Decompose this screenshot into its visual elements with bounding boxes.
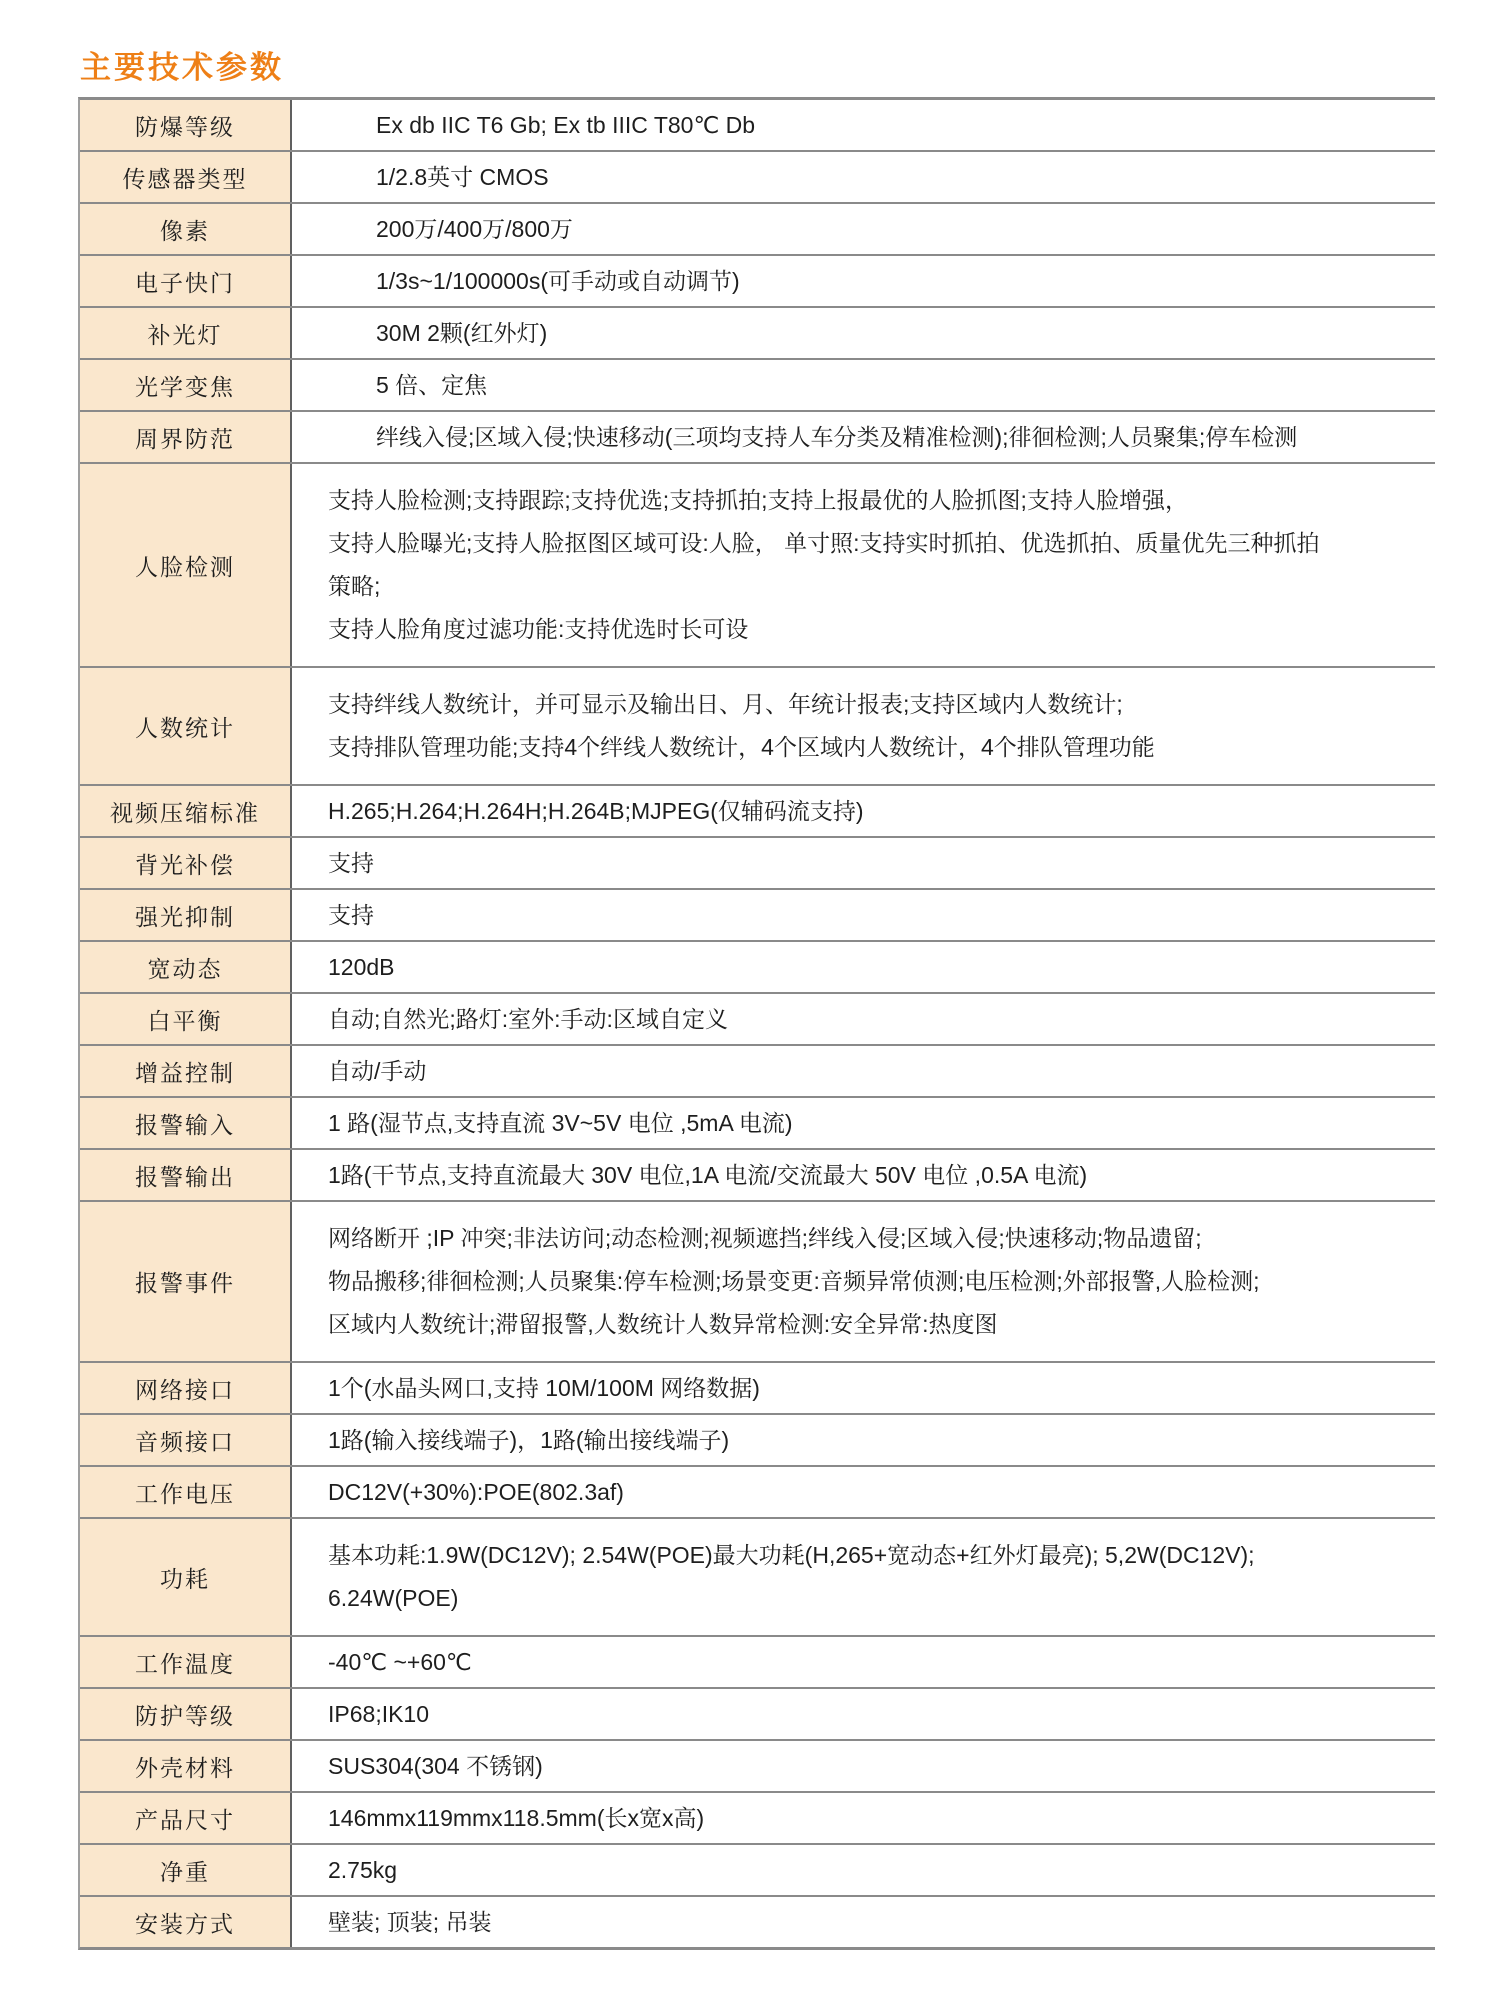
spec-value-line: 支持排队管理功能;支持4个绊线人数统计，4个区域内人数统计，4个排队管理功能 [328, 726, 1415, 769]
spec-label: 外壳材料 [80, 1741, 292, 1791]
spec-value: 146mmx119mmx118.5mm(长x宽x高) [292, 1793, 1435, 1843]
spec-label: 宽动态 [80, 942, 292, 992]
spec-value: 2.75kg [292, 1845, 1435, 1895]
spec-row: 外壳材料SUS304(304 不锈钢) [80, 1741, 1435, 1793]
spec-value-line: 1路(干节点,支持直流最大 30V 电位,1A 电流/交流最大 50V 电位 ,… [328, 1158, 1415, 1193]
spec-row: 净重2.75kg [80, 1845, 1435, 1897]
page-title: 主要技术参数 [80, 42, 284, 87]
spec-value: IP68;IK10 [292, 1689, 1435, 1739]
spec-value: 1路(干节点,支持直流最大 30V 电位,1A 电流/交流最大 50V 电位 ,… [292, 1150, 1435, 1200]
spec-value: -40℃ ~+60℃ [292, 1637, 1435, 1687]
spec-label: 报警输出 [80, 1150, 292, 1200]
spec-value-line: Ex db IIC T6 Gb; Ex tb IIIC T80℃ Db [376, 108, 1415, 143]
spec-value: 自动;自然光;路灯:室外:手动:区域自定义 [292, 994, 1435, 1044]
spec-value-line: 1路(输入接线端子)，1路(输出接线端子) [328, 1423, 1415, 1458]
spec-row: 人脸检测支持人脸检测;支持跟踪;支持优选;支持抓拍;支持上报最优的人脸抓图;支持… [80, 464, 1435, 668]
spec-value-line: 支持 [328, 898, 1415, 933]
spec-value: 1 路(湿节点,支持直流 3V~5V 电位 ,5mA 电流) [292, 1098, 1435, 1148]
spec-label: 工作温度 [80, 1637, 292, 1687]
spec-value-line: 1/3s~1/100000s(可手动或自动调节) [376, 264, 1415, 299]
spec-label: 传感器类型 [80, 152, 292, 202]
spec-value-line: 壁装; 顶装; 吊装 [328, 1905, 1415, 1940]
spec-value-line: 网络断开 ;IP 冲突;非法访问;动态检测;视频遮挡;绊线入侵;区域入侵;快速移… [328, 1217, 1415, 1260]
spec-value: 30M 2颗(红外灯) [292, 308, 1435, 358]
spec-row: 像素200万/400万/800万 [80, 204, 1435, 256]
spec-value-line: 120dB [328, 950, 1415, 985]
spec-table: 防爆等级Ex db IIC T6 Gb; Ex tb IIIC T80℃ Db传… [78, 97, 1435, 1950]
spec-value-line: 5 倍、定焦 [376, 368, 1415, 403]
spec-value: 支持 [292, 890, 1435, 940]
spec-label: 净重 [80, 1845, 292, 1895]
spec-value: 1路(输入接线端子)，1路(输出接线端子) [292, 1415, 1435, 1465]
spec-value: SUS304(304 不锈钢) [292, 1741, 1435, 1791]
spec-value: 自动/手动 [292, 1046, 1435, 1096]
spec-row: 工作电压DC12V(+30%):POE(802.3af) [80, 1467, 1435, 1519]
spec-value-line: 支持人脸检测;支持跟踪;支持优选;支持抓拍;支持上报最优的人脸抓图;支持人脸增强… [328, 479, 1415, 522]
spec-value-line: 2.75kg [328, 1853, 1415, 1888]
spec-row: 背光补偿支持 [80, 838, 1435, 890]
spec-row: 防护等级IP68;IK10 [80, 1689, 1435, 1741]
spec-value-line: 策略; [328, 565, 1415, 608]
spec-value: H.265;H.264;H.264H;H.264B;MJPEG(仅辅码流支持) [292, 786, 1435, 836]
spec-row: 防爆等级Ex db IIC T6 Gb; Ex tb IIIC T80℃ Db [80, 100, 1435, 152]
spec-value-line: 支持绊线人数统计，并可显示及输出日、月、年统计报表;支持区域内人数统计; [328, 683, 1415, 726]
spec-label: 产品尺寸 [80, 1793, 292, 1843]
spec-label: 补光灯 [80, 308, 292, 358]
spec-value-line: 1/2.8英寸 CMOS [376, 160, 1415, 195]
spec-label: 电子快门 [80, 256, 292, 306]
spec-value-line: 支持 [328, 846, 1415, 881]
spec-label: 防护等级 [80, 1689, 292, 1739]
spec-row: 电子快门1/3s~1/100000s(可手动或自动调节) [80, 256, 1435, 308]
spec-value: 绊线入侵;区域入侵;快速移动(三项均支持人车分类及精准检测);徘徊检测;人员聚集… [292, 412, 1435, 462]
spec-value-line: 1 路(湿节点,支持直流 3V~5V 电位 ,5mA 电流) [328, 1106, 1415, 1141]
spec-value: 支持人脸检测;支持跟踪;支持优选;支持抓拍;支持上报最优的人脸抓图;支持人脸增强… [292, 464, 1435, 666]
spec-value-line: 6.24W(POE) [328, 1577, 1415, 1620]
spec-value-line: 绊线入侵;区域入侵;快速移动(三项均支持人车分类及精准检测);徘徊检测;人员聚集… [376, 420, 1415, 455]
spec-value-line: 自动/手动 [328, 1054, 1415, 1089]
spec-row: 周界防范绊线入侵;区域入侵;快速移动(三项均支持人车分类及精准检测);徘徊检测;… [80, 412, 1435, 464]
spec-row: 宽动态120dB [80, 942, 1435, 994]
spec-label: 周界防范 [80, 412, 292, 462]
spec-label: 工作电压 [80, 1467, 292, 1517]
spec-row: 报警输出1路(干节点,支持直流最大 30V 电位,1A 电流/交流最大 50V … [80, 1150, 1435, 1202]
spec-row: 报警事件网络断开 ;IP 冲突;非法访问;动态检测;视频遮挡;绊线入侵;区域入侵… [80, 1202, 1435, 1363]
spec-value-line: DC12V(+30%):POE(802.3af) [328, 1475, 1415, 1510]
spec-label: 报警事件 [80, 1202, 292, 1361]
spec-value: 网络断开 ;IP 冲突;非法访问;动态检测;视频遮挡;绊线入侵;区域入侵;快速移… [292, 1202, 1435, 1361]
spec-value: 1/2.8英寸 CMOS [292, 152, 1435, 202]
spec-label: 背光补偿 [80, 838, 292, 888]
spec-value: 1个(水晶头网口,支持 10M/100M 网络数据) [292, 1363, 1435, 1413]
spec-value: 1/3s~1/100000s(可手动或自动调节) [292, 256, 1435, 306]
spec-value-line: SUS304(304 不锈钢) [328, 1749, 1415, 1784]
spec-row: 网络接口1个(水晶头网口,支持 10M/100M 网络数据) [80, 1363, 1435, 1415]
spec-value: 壁装; 顶装; 吊装 [292, 1897, 1435, 1947]
spec-label: 光学变焦 [80, 360, 292, 410]
spec-row: 增益控制自动/手动 [80, 1046, 1435, 1098]
spec-label: 安装方式 [80, 1897, 292, 1947]
spec-row: 强光抑制支持 [80, 890, 1435, 942]
spec-row: 补光灯30M 2颗(红外灯) [80, 308, 1435, 360]
spec-value: Ex db IIC T6 Gb; Ex tb IIIC T80℃ Db [292, 100, 1435, 150]
spec-row: 音频接口1路(输入接线端子)，1路(输出接线端子) [80, 1415, 1435, 1467]
spec-row: 功耗基本功耗:1.9W(DC12V); 2.54W(POE)最大功耗(H,265… [80, 1519, 1435, 1637]
spec-row: 传感器类型1/2.8英寸 CMOS [80, 152, 1435, 204]
spec-value-line: 物品搬移;徘徊检测;人员聚集:停车检测;场景变更:音频异常侦测;电压检测;外部报… [328, 1260, 1415, 1303]
spec-row: 产品尺寸146mmx119mmx118.5mm(长x宽x高) [80, 1793, 1435, 1845]
spec-label: 白平衡 [80, 994, 292, 1044]
spec-value-line: H.265;H.264;H.264H;H.264B;MJPEG(仅辅码流支持) [328, 794, 1415, 829]
spec-row: 报警输入1 路(湿节点,支持直流 3V~5V 电位 ,5mA 电流) [80, 1098, 1435, 1150]
spec-label: 功耗 [80, 1519, 292, 1635]
spec-value-line: 200万/400万/800万 [376, 212, 1415, 247]
spec-value: DC12V(+30%):POE(802.3af) [292, 1467, 1435, 1517]
spec-row: 白平衡自动;自然光;路灯:室外:手动:区域自定义 [80, 994, 1435, 1046]
spec-row: 视频压缩标准H.265;H.264;H.264H;H.264B;MJPEG(仅辅… [80, 786, 1435, 838]
spec-value: 支持 [292, 838, 1435, 888]
spec-value: 5 倍、定焦 [292, 360, 1435, 410]
spec-label: 人数统计 [80, 668, 292, 784]
spec-label: 人脸检测 [80, 464, 292, 666]
spec-row: 人数统计支持绊线人数统计，并可显示及输出日、月、年统计报表;支持区域内人数统计;… [80, 668, 1435, 786]
spec-value-line: -40℃ ~+60℃ [328, 1645, 1415, 1680]
spec-value-line: 1个(水晶头网口,支持 10M/100M 网络数据) [328, 1371, 1415, 1406]
spec-value-line: 支持人脸角度过滤功能:支持优选时长可设 [328, 608, 1415, 651]
spec-label: 网络接口 [80, 1363, 292, 1413]
spec-value-line: 30M 2颗(红外灯) [376, 316, 1415, 351]
spec-value: 200万/400万/800万 [292, 204, 1435, 254]
spec-label: 音频接口 [80, 1415, 292, 1465]
spec-row: 安装方式壁装; 顶装; 吊装 [80, 1897, 1435, 1947]
spec-value-line: 区域内人数统计;滞留报警,人数统计人数异常检测:安全异常:热度图 [328, 1303, 1415, 1346]
spec-label: 防爆等级 [80, 100, 292, 150]
spec-label: 强光抑制 [80, 890, 292, 940]
spec-value-line: 基本功耗:1.9W(DC12V); 2.54W(POE)最大功耗(H,265+宽… [328, 1534, 1415, 1577]
spec-label: 视频压缩标准 [80, 786, 292, 836]
spec-sheet-page: 主要技术参数 防爆等级Ex db IIC T6 Gb; Ex tb IIIC T… [0, 0, 1500, 1989]
spec-value: 支持绊线人数统计，并可显示及输出日、月、年统计报表;支持区域内人数统计;支持排队… [292, 668, 1435, 784]
spec-value-line: 支持人脸曝光;支持人脸抠图区域可设:人脸， 单寸照:支持实时抓拍、优选抓拍、质量… [328, 522, 1415, 565]
spec-value-line: IP68;IK10 [328, 1697, 1415, 1732]
spec-row: 光学变焦5 倍、定焦 [80, 360, 1435, 412]
spec-label: 像素 [80, 204, 292, 254]
spec-value: 120dB [292, 942, 1435, 992]
spec-value-line: 自动;自然光;路灯:室外:手动:区域自定义 [328, 1002, 1415, 1037]
spec-row: 工作温度-40℃ ~+60℃ [80, 1637, 1435, 1689]
spec-value: 基本功耗:1.9W(DC12V); 2.54W(POE)最大功耗(H,265+宽… [292, 1519, 1435, 1635]
spec-value-line: 146mmx119mmx118.5mm(长x宽x高) [328, 1801, 1415, 1836]
spec-label: 增益控制 [80, 1046, 292, 1096]
spec-label: 报警输入 [80, 1098, 292, 1148]
